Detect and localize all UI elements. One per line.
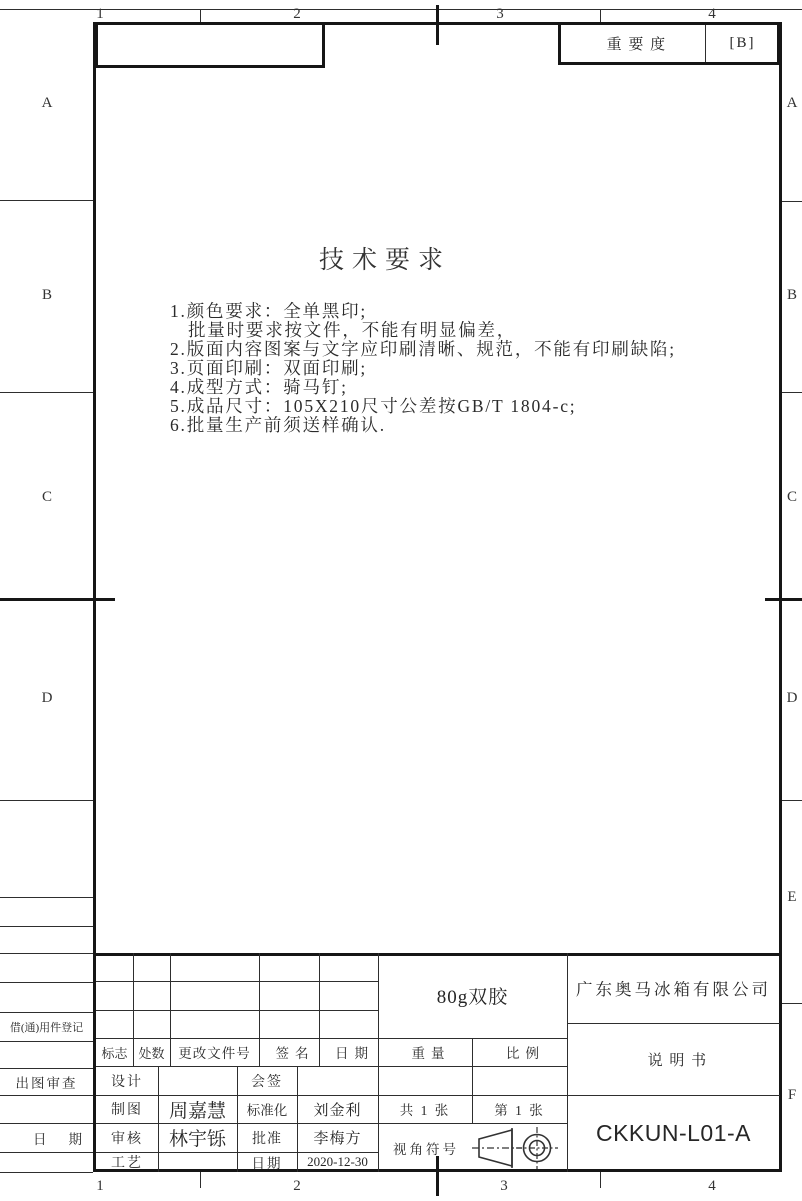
role-value-date: 2020-12-30 [297, 1152, 378, 1172]
weight-label: 重量 [378, 1038, 478, 1066]
zone-col-label: 1 [92, 6, 108, 23]
first-angle-projection-icon [515, 1126, 559, 1170]
role-label-countersign: 会签 [237, 1066, 297, 1095]
role-name-drawn: 周嘉慧 [158, 1095, 237, 1123]
zone-divider [782, 201, 802, 202]
margin-table-line [0, 982, 93, 983]
company-name: 广东奥马冰箱有限公司 [567, 953, 780, 1023]
rev-header-docno: 更改文件号 [170, 1038, 259, 1066]
margin-table-line [0, 1095, 93, 1096]
rev-header-signature: 签名 [259, 1038, 325, 1066]
margin-table-line [0, 926, 93, 927]
tech-requirements-title: 技术要求 [290, 243, 480, 273]
importance-value: [B] [705, 25, 780, 62]
zone-col-label: 4 [704, 6, 720, 23]
rev-header-mark: 标志 [96, 1038, 133, 1066]
scale-label: 比例 [472, 1038, 573, 1066]
role-label-checked: 审核 [96, 1123, 158, 1152]
role-value-countersign [297, 1066, 378, 1095]
requirement-line: 1.颜色要求：全单黑印; [170, 302, 750, 321]
zone-row-label: D [38, 690, 56, 707]
zone-row-label: B [38, 287, 56, 304]
requirement-line: 6.批量生产前须送样确认. [170, 416, 750, 435]
zone-divider [782, 392, 802, 393]
margin-table-line [0, 1172, 93, 1173]
zone-col-label: 2 [289, 6, 305, 23]
zone-row-label: B [783, 287, 801, 304]
requirement-line: 批量时要求按文件，不能有明显偏差， [170, 321, 750, 340]
role-label-date: 日期 [237, 1152, 297, 1172]
title-block-line [96, 1010, 378, 1011]
zone-col-label: 3 [492, 6, 508, 23]
role-value-standardization: 刘金利 [297, 1095, 378, 1123]
zone-col-label: 3 [496, 1178, 512, 1195]
zone-divider [782, 800, 802, 801]
material-spec: 80g双胶 [378, 953, 567, 1038]
zone-divider [782, 1003, 802, 1004]
zone-tick [600, 1172, 601, 1188]
role-name-checked: 林宇铄 [158, 1123, 237, 1152]
zone-col-label: 4 [704, 1178, 720, 1195]
zone-row-label: C [38, 489, 56, 506]
rev-header-date: 日期 [319, 1038, 384, 1066]
zone-divider [0, 200, 93, 201]
importance-label: 重要度 [560, 25, 712, 62]
role-value-approved: 李梅方 [297, 1123, 378, 1152]
requirement-line: 4.成型方式：骑马钉; [170, 378, 750, 397]
sheet-number: 第 1 张 [472, 1095, 567, 1123]
title-block-line [96, 981, 378, 982]
drawing-sheet: 1 2 3 4 1 2 3 4 A B C D A B C D E F 重要度 … [0, 0, 802, 1201]
role-label-drawn: 制图 [96, 1095, 158, 1123]
tech-requirements-list: 1.颜色要求：全单黑印; 批量时要求按文件，不能有明显偏差， 2.版面内容图案与… [170, 302, 750, 435]
zone-col-label: 1 [92, 1178, 108, 1195]
sheets-total: 共 1 张 [378, 1095, 472, 1123]
margin-table-line [0, 1041, 93, 1042]
borrow-register-label: 借(通)用件登记 [0, 1013, 93, 1041]
top-left-box [95, 22, 325, 68]
zone-row-label: C [783, 489, 801, 506]
zone-divider [0, 392, 93, 393]
role-label-design: 设计 [96, 1066, 158, 1095]
requirement-line: 5.成品尺寸：105X210尺寸公差按GB/T 1804-c; [170, 397, 750, 416]
zone-row-label: A [38, 95, 56, 112]
role-name-process [158, 1152, 237, 1172]
zone-tick [200, 9, 201, 22]
margin-table-line [0, 897, 93, 898]
drawing-number: CKKUN-L01-A [567, 1095, 780, 1172]
zone-tick [600, 9, 601, 22]
rev-header-count: 处数 [133, 1038, 170, 1066]
margin-table-line [0, 1152, 93, 1153]
zone-tick [200, 1172, 201, 1188]
zone-col-label: 2 [289, 1178, 305, 1195]
requirement-line: 2.版面内容图案与文字应印刷清晰、规范，不能有印刷缺陷; [170, 340, 750, 359]
zone-divider [0, 800, 93, 801]
view-symbol-label: 视角符号 [380, 1123, 472, 1172]
plot-review-label: 出图审查 [0, 1068, 93, 1095]
role-label-standardization: 标准化 [237, 1095, 297, 1123]
zone-row-label: D [783, 690, 801, 707]
role-label-process: 工艺 [96, 1152, 158, 1172]
zone-row-label: E [783, 889, 801, 906]
requirement-line: 3.页面印刷：双面印刷; [170, 359, 750, 378]
margin-table-line [0, 953, 93, 954]
document-type: 说明书 [567, 1023, 787, 1095]
zone-row-label: A [783, 95, 801, 112]
role-name-design [158, 1066, 237, 1095]
role-label-approved: 批准 [237, 1123, 297, 1152]
outer-top-rule [0, 9, 802, 10]
